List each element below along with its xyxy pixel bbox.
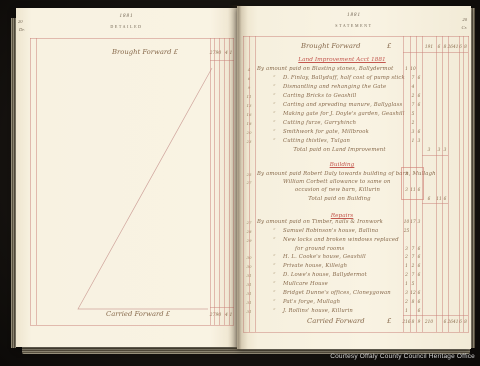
page-stack-edge-right xyxy=(471,8,475,348)
ledger-left-page: 20 Dr. 1881 DETAILED Brought Forward £ 2… xyxy=(16,8,237,347)
entry-text: William Corbett allowance to same on xyxy=(283,179,391,185)
section-heading: Land Improvement Acct 1881 xyxy=(277,57,407,63)
rule-line xyxy=(249,36,250,332)
rule-line xyxy=(448,36,449,332)
pound-sign: £ xyxy=(174,48,178,56)
rule-line xyxy=(243,36,469,37)
rule-line xyxy=(410,36,411,332)
entry-text: D. Finlay, Ballyduff, half cost of pump … xyxy=(283,75,405,81)
right-column-header: STATEMENT xyxy=(237,23,471,28)
credit-text: Courtesy Offaly County Council Heritage … xyxy=(330,353,475,360)
rule-line xyxy=(463,36,464,332)
entry-text: H. L. Cooke's house, Geashill xyxy=(283,254,366,260)
carried-forward-label: Carried Forward xyxy=(106,310,164,318)
entry-text: for ground rooms xyxy=(295,246,344,252)
section-heading: Building xyxy=(277,162,407,168)
ditto-mark: ” xyxy=(273,111,276,117)
section-total-label: Total paid on Building xyxy=(282,196,397,202)
rule-line xyxy=(403,52,468,53)
entry-text: Carting and spreading manure, Ballyglass xyxy=(283,102,402,108)
rule-line xyxy=(210,60,234,61)
brought-forward-label: Brought Forward xyxy=(301,42,361,50)
rule-line xyxy=(416,36,417,332)
building-amount-bracket xyxy=(401,167,424,200)
rule-line xyxy=(214,38,215,325)
rule-line xyxy=(30,38,31,325)
ditto-mark: ” xyxy=(273,263,276,269)
ditto-mark: ” xyxy=(273,254,276,260)
entry-text: By amount paid on Blasting stones, Bally… xyxy=(257,66,393,72)
entry-text: Pat's forge, Mullagh xyxy=(283,299,340,305)
rule-line xyxy=(436,36,437,332)
entry-text: Making gate for J. Doyle's garden, Geash… xyxy=(283,111,405,117)
rule-line xyxy=(468,36,469,332)
entry-text: Samuel Robinson's house, Ballina xyxy=(283,228,378,234)
right-carried-forward-line: Carried Forward xyxy=(307,317,365,325)
section-total-label: Total paid on Land Improvement xyxy=(282,147,397,153)
entry-text: J. Rollins' house, Killurin xyxy=(283,308,353,314)
rule-line xyxy=(422,203,448,204)
ditto-mark: ” xyxy=(273,308,276,314)
right-brought-forward-line: Brought Forward xyxy=(301,42,361,50)
ditto-mark: ” xyxy=(273,93,276,99)
rule-line xyxy=(422,155,448,156)
rule-line xyxy=(224,38,225,325)
rule-line xyxy=(403,315,468,316)
ditto-mark: ” xyxy=(273,102,276,108)
ditto-mark: ” xyxy=(273,84,276,90)
pound-sign: £ xyxy=(387,42,391,50)
rule-line xyxy=(30,38,234,39)
ledger-right-page: 20 Cr. 1881 STATEMENT Brought Forward £ … xyxy=(237,6,471,349)
rule-line xyxy=(255,36,256,332)
ditto-mark: ” xyxy=(273,272,276,278)
entry-text: Cutting thistles, Tulgan xyxy=(283,138,350,144)
amount-pounds: 210 xyxy=(422,320,436,325)
ditto-mark: ” xyxy=(273,299,276,305)
pound-sign: £ xyxy=(166,310,170,318)
carried-forward-label: Carried Forward xyxy=(307,317,365,325)
right-year-heading: 1881 xyxy=(237,13,471,18)
rule-line xyxy=(422,36,423,332)
entry-text: Bridget Dunne's offices, Cloneygowan xyxy=(283,290,391,296)
rule-line xyxy=(219,38,220,325)
rule-line xyxy=(243,36,244,332)
ditto-mark: ” xyxy=(273,138,276,144)
ditto-mark: ” xyxy=(273,290,276,296)
ditto-mark: ” xyxy=(273,228,276,234)
entry-text: occasion of new barn, Killurin xyxy=(295,187,380,193)
ditto-mark: ” xyxy=(273,237,276,243)
rule-line xyxy=(36,38,37,325)
rule-line xyxy=(229,38,230,325)
entry-text: Cutting furze, Garryhinch xyxy=(283,120,356,126)
rule-line xyxy=(233,38,234,325)
rule-line xyxy=(30,325,234,326)
ditto-mark: ” xyxy=(273,129,276,135)
entry-text: Private house, Killeigh xyxy=(283,263,347,269)
rule-line xyxy=(442,36,443,332)
left-brought-forward-line: Brought Forward £ xyxy=(112,48,178,56)
pound-sign: £ xyxy=(387,317,391,325)
ditto-mark: ” xyxy=(273,281,276,287)
ruled-triangle xyxy=(16,8,237,347)
entry-text: Mullcare House xyxy=(283,281,328,287)
rule-line xyxy=(243,332,469,333)
amount-pounds: 3 xyxy=(422,148,436,153)
rule-line xyxy=(210,38,211,325)
left-carried-forward-line: Carried Forward £ xyxy=(106,310,170,318)
entry-text: By amount paid on Timber, nails & Ironwo… xyxy=(257,219,383,225)
rule-line xyxy=(459,36,460,332)
ditto-mark: ” xyxy=(273,120,276,126)
brought-forward-label: Brought Forward xyxy=(112,48,172,56)
amount-pounds: 6 xyxy=(422,197,436,202)
ditto-mark: ” xyxy=(273,75,276,81)
entry-text: Dismantling and rehanging the Gate xyxy=(283,84,386,90)
amount-pounds: 191 xyxy=(422,45,436,50)
entry-text: Smithwork for gate, Millbrook xyxy=(283,129,369,135)
entry-text: New locks and broken windows replaced xyxy=(283,237,399,243)
rule-line xyxy=(403,36,404,332)
entry-text: D. Lowe's house, Ballydermot xyxy=(283,272,367,278)
entry-text: Carting Bricks to Geashill xyxy=(283,93,356,99)
rule-line xyxy=(210,307,234,308)
